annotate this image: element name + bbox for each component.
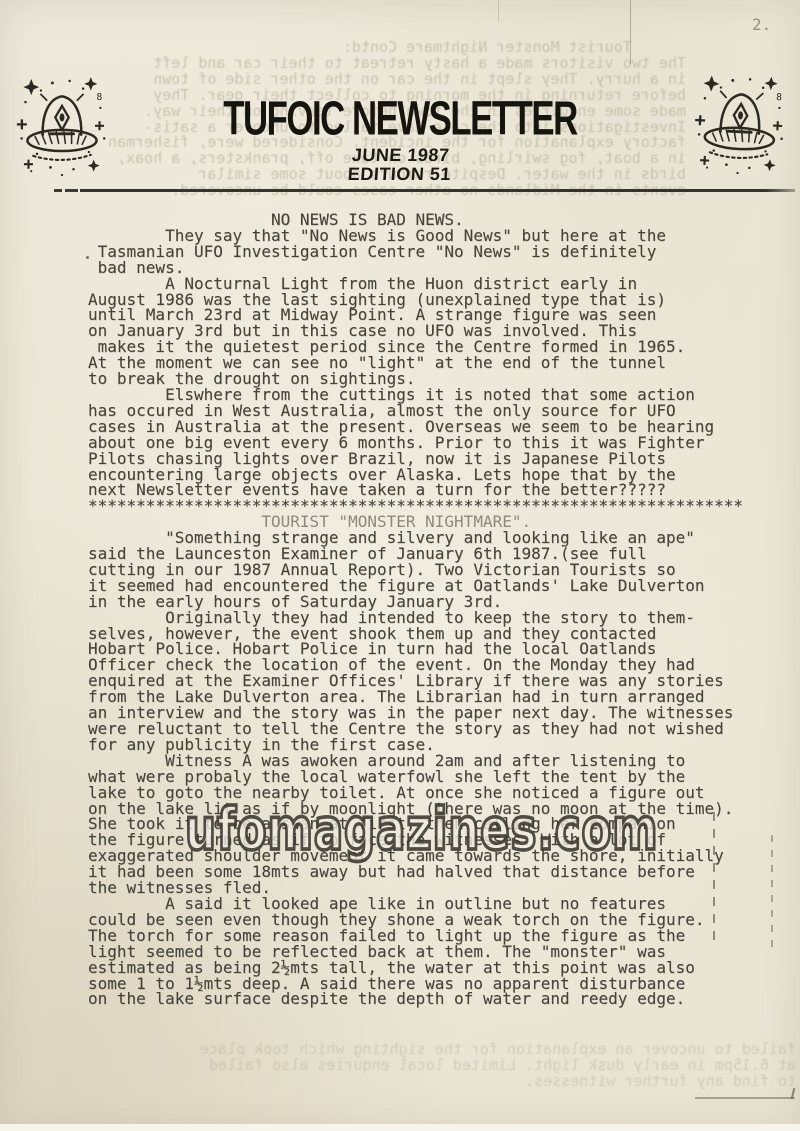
svg-text:8: 8: [776, 92, 783, 103]
scan-edge: [0, 1124, 800, 1131]
issue-edition: EDITION 51: [0, 165, 800, 184]
article-section-monster-nightmare: "Something strange and silvery and looki…: [88, 530, 743, 1007]
page-number-bleed-mark: 2.: [752, 16, 771, 34]
issue-info: JUNE 1987 EDITION 51: [0, 146, 800, 184]
crease-mark: [630, 0, 631, 64]
newsletter-title: TUFOIC NEWSLETTER: [104, 89, 696, 145]
bleedthrough-bottom-text: failed to uncover an explanation for the…: [4, 1042, 796, 1090]
crease-mark: [695, 1097, 795, 1099]
article-section-no-news: NO NEWS IS BAD NEWS. They say that "No N…: [88, 212, 743, 498]
svg-text:8: 8: [97, 92, 103, 103]
issue-date: JUNE 1987: [0, 146, 800, 165]
bleedthrough-bottom: failed to uncover an explanation for the…: [4, 1042, 796, 1090]
masthead-divider-rule: [54, 189, 795, 192]
article-body: NO NEWS IS BAD NEWS. They say that "No N…: [88, 212, 743, 1007]
watermark-text: ufomagazines.com: [185, 796, 658, 864]
newsletter-page-scan: Tourist Monster Nightmare Contd: The two…: [0, 0, 800, 1131]
crease-mark: [771, 835, 773, 953]
crease-mark: [498, 0, 499, 22]
